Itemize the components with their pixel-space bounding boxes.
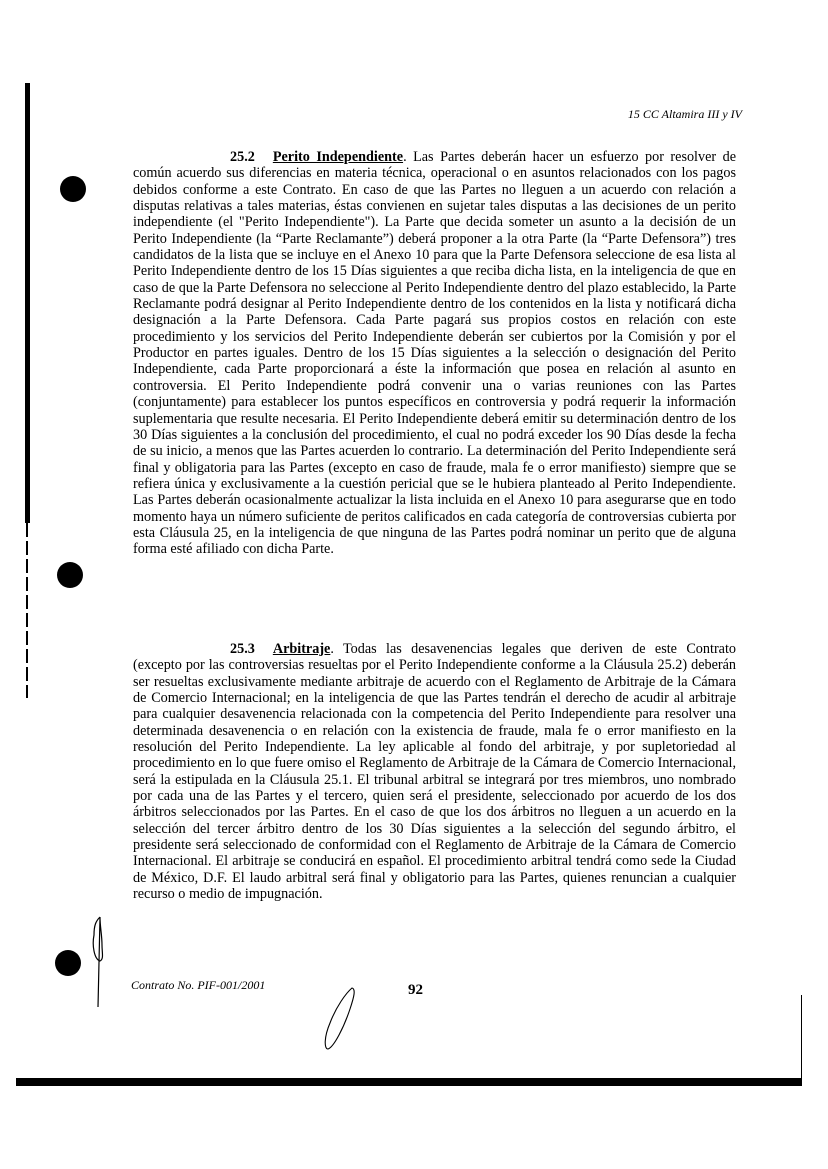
document-reference: 15 CC Altamira III y IV xyxy=(628,107,742,122)
page-number: 92 xyxy=(408,982,423,999)
punch-hole-icon xyxy=(55,950,81,976)
section-25-3: 25.3Arbitraje. Todas las desavenencias l… xyxy=(133,641,736,903)
section-title: Perito Independiente xyxy=(273,149,403,165)
section-title: Arbitraje xyxy=(273,641,331,657)
punch-hole-icon xyxy=(57,562,83,588)
scan-bottom-bar xyxy=(16,1078,802,1086)
scan-left-border-faded xyxy=(26,523,28,698)
section-body: . Las Partes deberán hacer un esfuerzo p… xyxy=(133,149,736,557)
handwritten-signature-icon xyxy=(318,985,360,1055)
section-number: 25.3 xyxy=(230,641,255,657)
scan-right-border xyxy=(801,995,802,1085)
section-body: . Todas las desavenencias legales que de… xyxy=(133,641,736,902)
section-number: 25.2 xyxy=(230,149,255,165)
scan-left-border xyxy=(25,83,30,523)
punch-hole-icon xyxy=(60,176,86,202)
handwritten-initial-icon xyxy=(86,915,110,1010)
section-25-2: 25.2Perito Independiente. Las Partes deb… xyxy=(133,149,736,558)
contract-number: Contrato No. PIF-001/2001 xyxy=(131,978,265,993)
